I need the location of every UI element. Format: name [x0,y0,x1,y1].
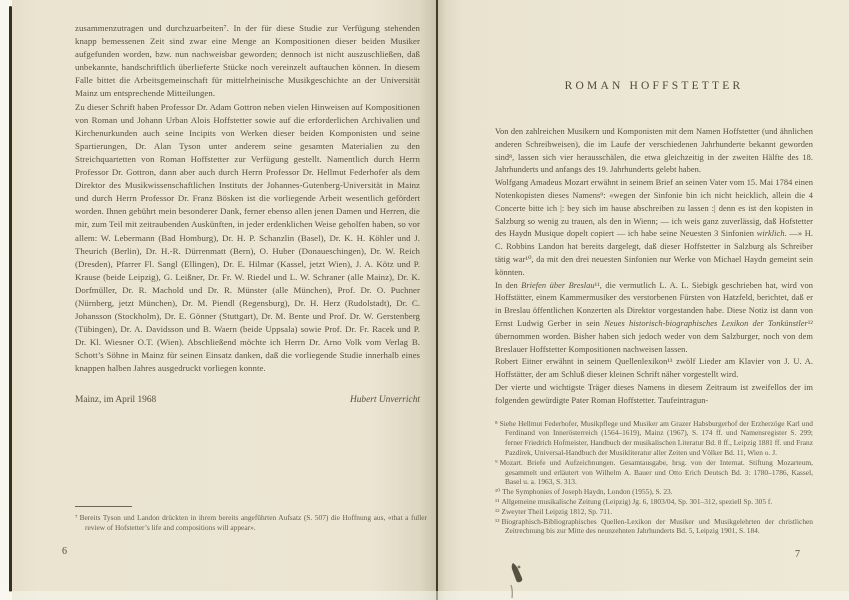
paragraph: Von den zahlreichen Musikern und Komponi… [495,126,813,177]
dateline-row: Mainz, im April 1968 Hubert Unverricht [75,395,420,405]
footnote-text: Mozart. Briefe und Aufzeichnungen. Gesam… [500,458,813,487]
footnote-marker: ¹² [495,507,499,516]
book-scan: zusammenzutragen und durchzuarbeiten⁷. I… [0,0,849,600]
paragraph: In den Briefen über Breslau¹¹, die vermu… [495,280,813,357]
gutter-shadow [436,0,438,600]
page-number: 6 [62,546,67,557]
footnote-text: Bereits Tyson und Landon drückten in ihr… [80,513,427,532]
footnote-marker: ¹³ [495,517,499,526]
page-number: 7 [795,549,800,560]
footnote: ¹¹Allgemeine musikalische Zeitung (Leipz… [495,497,813,507]
right-footnote-block: ⁸Siehe Hellmut Federhofer, Musikpflege u… [495,419,813,537]
page-edge-shadow [9,6,12,592]
footnote: ⁸Siehe Hellmut Federhofer, Musikpflege u… [495,419,813,458]
footnote: ⁷Bereits Tyson und Landon drückten in ih… [75,513,427,533]
footnote-text: Allgemeine musikalische Zeitung (Leipzig… [501,497,772,506]
footnote-marker: ⁹ [495,458,498,467]
footnote-text: Zweyter Theil Leipzig 1812, Sp. 711. [501,507,612,516]
right-page-body: Von den zahlreichen Musikern und Komponi… [495,126,813,536]
footnote-text: Biographisch-Bibliographisches Quellen-L… [501,517,813,536]
paragraph: zusammenzutragen und durchzuarbeiten⁷. I… [75,22,420,101]
footnote-marker: ¹⁰ [495,487,500,496]
dateline: Mainz, im April 1968 [75,395,156,405]
left-page: zusammenzutragen und durchzuarbeiten⁷. I… [12,0,437,600]
footnote-text: The Symphonies of Joseph Haydn, London (… [502,487,672,496]
footnote: ⁹Mozart. Briefe und Aufzeichnungen. Gesa… [495,458,813,487]
left-footnote-block: ⁷Bereits Tyson und Landon drückten in ih… [75,513,427,533]
paragraph: Wolfgang Amadeus Mozart erwähnt in seine… [495,177,813,279]
paragraph: Zu dieser Schrift haben Professor Dr. Ad… [75,101,420,376]
footnote: ¹⁰The Symphonies of Joseph Haydn, London… [495,487,813,497]
footnote-text: Siehe Hellmut Federhofer, Musikpflege un… [500,419,813,457]
footnote-marker: ⁷ [75,513,78,522]
scan-bottom-edge [0,591,849,600]
signature: Hubert Unverricht [350,395,420,405]
footnote-marker: ⁸ [495,419,498,428]
footnote: ¹²Zweyter Theil Leipzig 1812, Sp. 711. [495,507,813,517]
footnote-marker: ¹¹ [495,497,499,506]
right-page: ROMAN HOFFSTETTER Von den zahlreichen Mu… [437,0,849,600]
footnote: ¹³Biographisch-Bibliographisches Quellen… [495,517,813,537]
ink-smudge [498,558,540,600]
left-page-text-column: zusammenzutragen und durchzuarbeiten⁷. I… [75,22,420,405]
paragraph: Der vierte und wichtigste Träger dieses … [495,382,813,408]
footnote-separator [75,506,132,507]
chapter-title: ROMAN HOFFSTETTER [495,80,813,92]
paragraph: Robert Eitner erwähnt in seinem Quellenl… [495,356,813,382]
